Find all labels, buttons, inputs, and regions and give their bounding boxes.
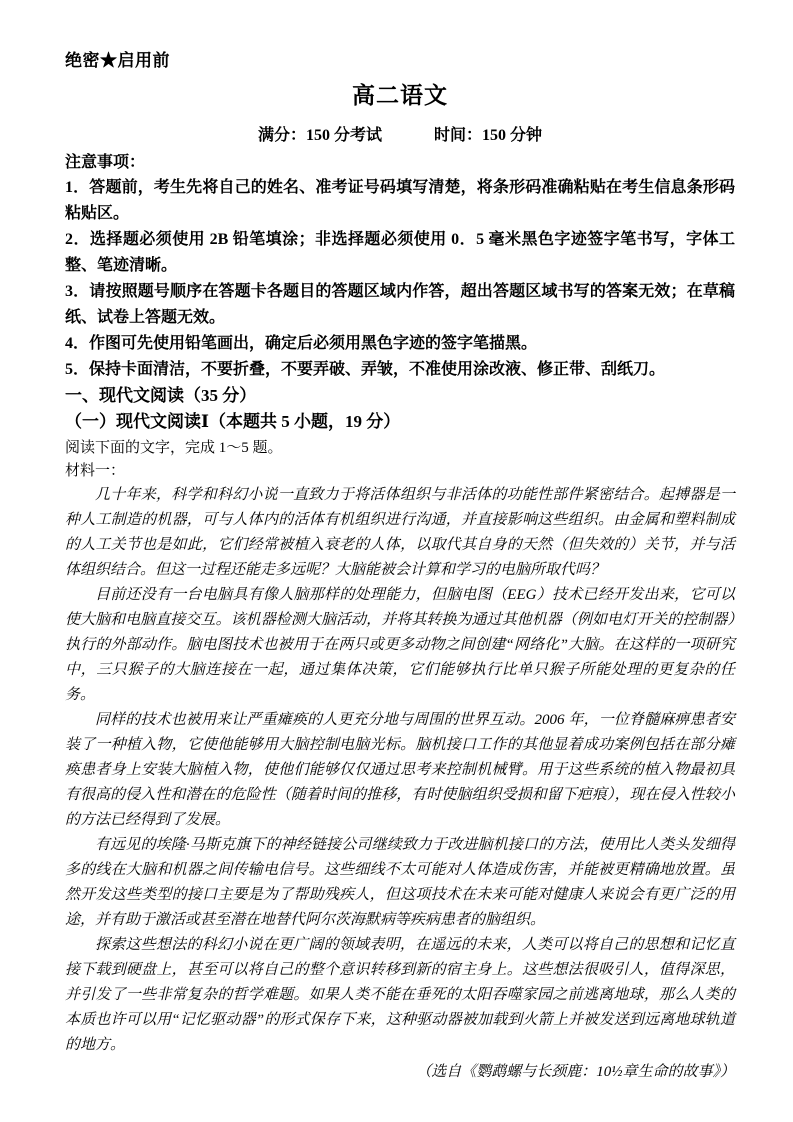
- notice-item: 4．作图可先使用铅笔画出，确定后必须用黑色字迹的签字笔描黑。: [65, 331, 735, 357]
- exam-time-label: 时间：150 分钟: [434, 125, 542, 147]
- notice-heading: 注意事项：: [65, 151, 735, 175]
- notice-item: 1．答题前，考生先将自己的姓名、准考证号码填写清楚，将条形码准确粘贴在考生信息条…: [65, 175, 735, 227]
- classification-label: 绝密★启用前: [65, 50, 735, 72]
- passage-paragraph: 同样的技术也被用来让严重瘫痪的人更充分地与周围的世界互动。2006 年，一位脊髓…: [65, 708, 735, 833]
- exam-paper-page: 绝密★启用前 高二语文 满分：150 分考试 时间：150 分钟 注意事项： 1…: [0, 0, 793, 1122]
- passage-material-one: 几十年来，科学和科幻小说一直致力于将活体组织与非活体的功能性部件紧密结合。起搏器…: [65, 483, 735, 1058]
- passage-paragraph: 有远见的埃隆·马斯克旗下的神经链接公司继续致力于改进脑机接口的方法，使用比人类头…: [65, 833, 735, 933]
- notice-item: 2．选择题必须使用 2B 铅笔填涂；非选择题必须使用 0．5 毫米黑色字迹签字笔…: [65, 227, 735, 279]
- passage-paragraph: 探索这些想法的科幻小说在更广阔的领域表明，在遥远的未来，人类可以将自己的思想和记…: [65, 933, 735, 1058]
- exam-score-label: 满分：150 分考试: [258, 125, 382, 147]
- page-title: 高二语文: [65, 81, 735, 111]
- passage-paragraph: 目前还没有一台电脑具有像人脑那样的处理能力，但脑电图（EEG）技术已经开发出来，…: [65, 583, 735, 708]
- source-attribution: （选自《鹦鹉螺与长颈鹿：10½章生命的故事》）: [65, 1060, 735, 1085]
- notice-list: 1．答题前，考生先将自己的姓名、准考证号码填写清楚，将条形码准确粘贴在考生信息条…: [65, 175, 735, 383]
- exam-info-line: 满分：150 分考试 时间：150 分钟: [65, 125, 735, 147]
- material-one-label: 材料一：: [65, 460, 735, 483]
- section-heading-modern-reading-1: （一）现代文阅读Ⅰ（本题共 5 小题，19 分）: [65, 409, 735, 435]
- reading-instruction: 阅读下面的文字，完成 1～5 题。: [65, 436, 735, 460]
- notice-item: 3．请按照题号顺序在答题卡各题目的答题区域内作答，超出答题区域书写的答案无效；在…: [65, 279, 735, 331]
- passage-paragraph: 几十年来，科学和科幻小说一直致力于将活体组织与非活体的功能性部件紧密结合。起搏器…: [65, 483, 735, 583]
- section-heading-part-one: 一、现代文阅读（35 分）: [65, 383, 735, 409]
- notice-item: 5．保持卡面清洁，不要折叠，不要弄破、弄皱，不准使用涂改液、修正带、刮纸刀。: [65, 357, 735, 383]
